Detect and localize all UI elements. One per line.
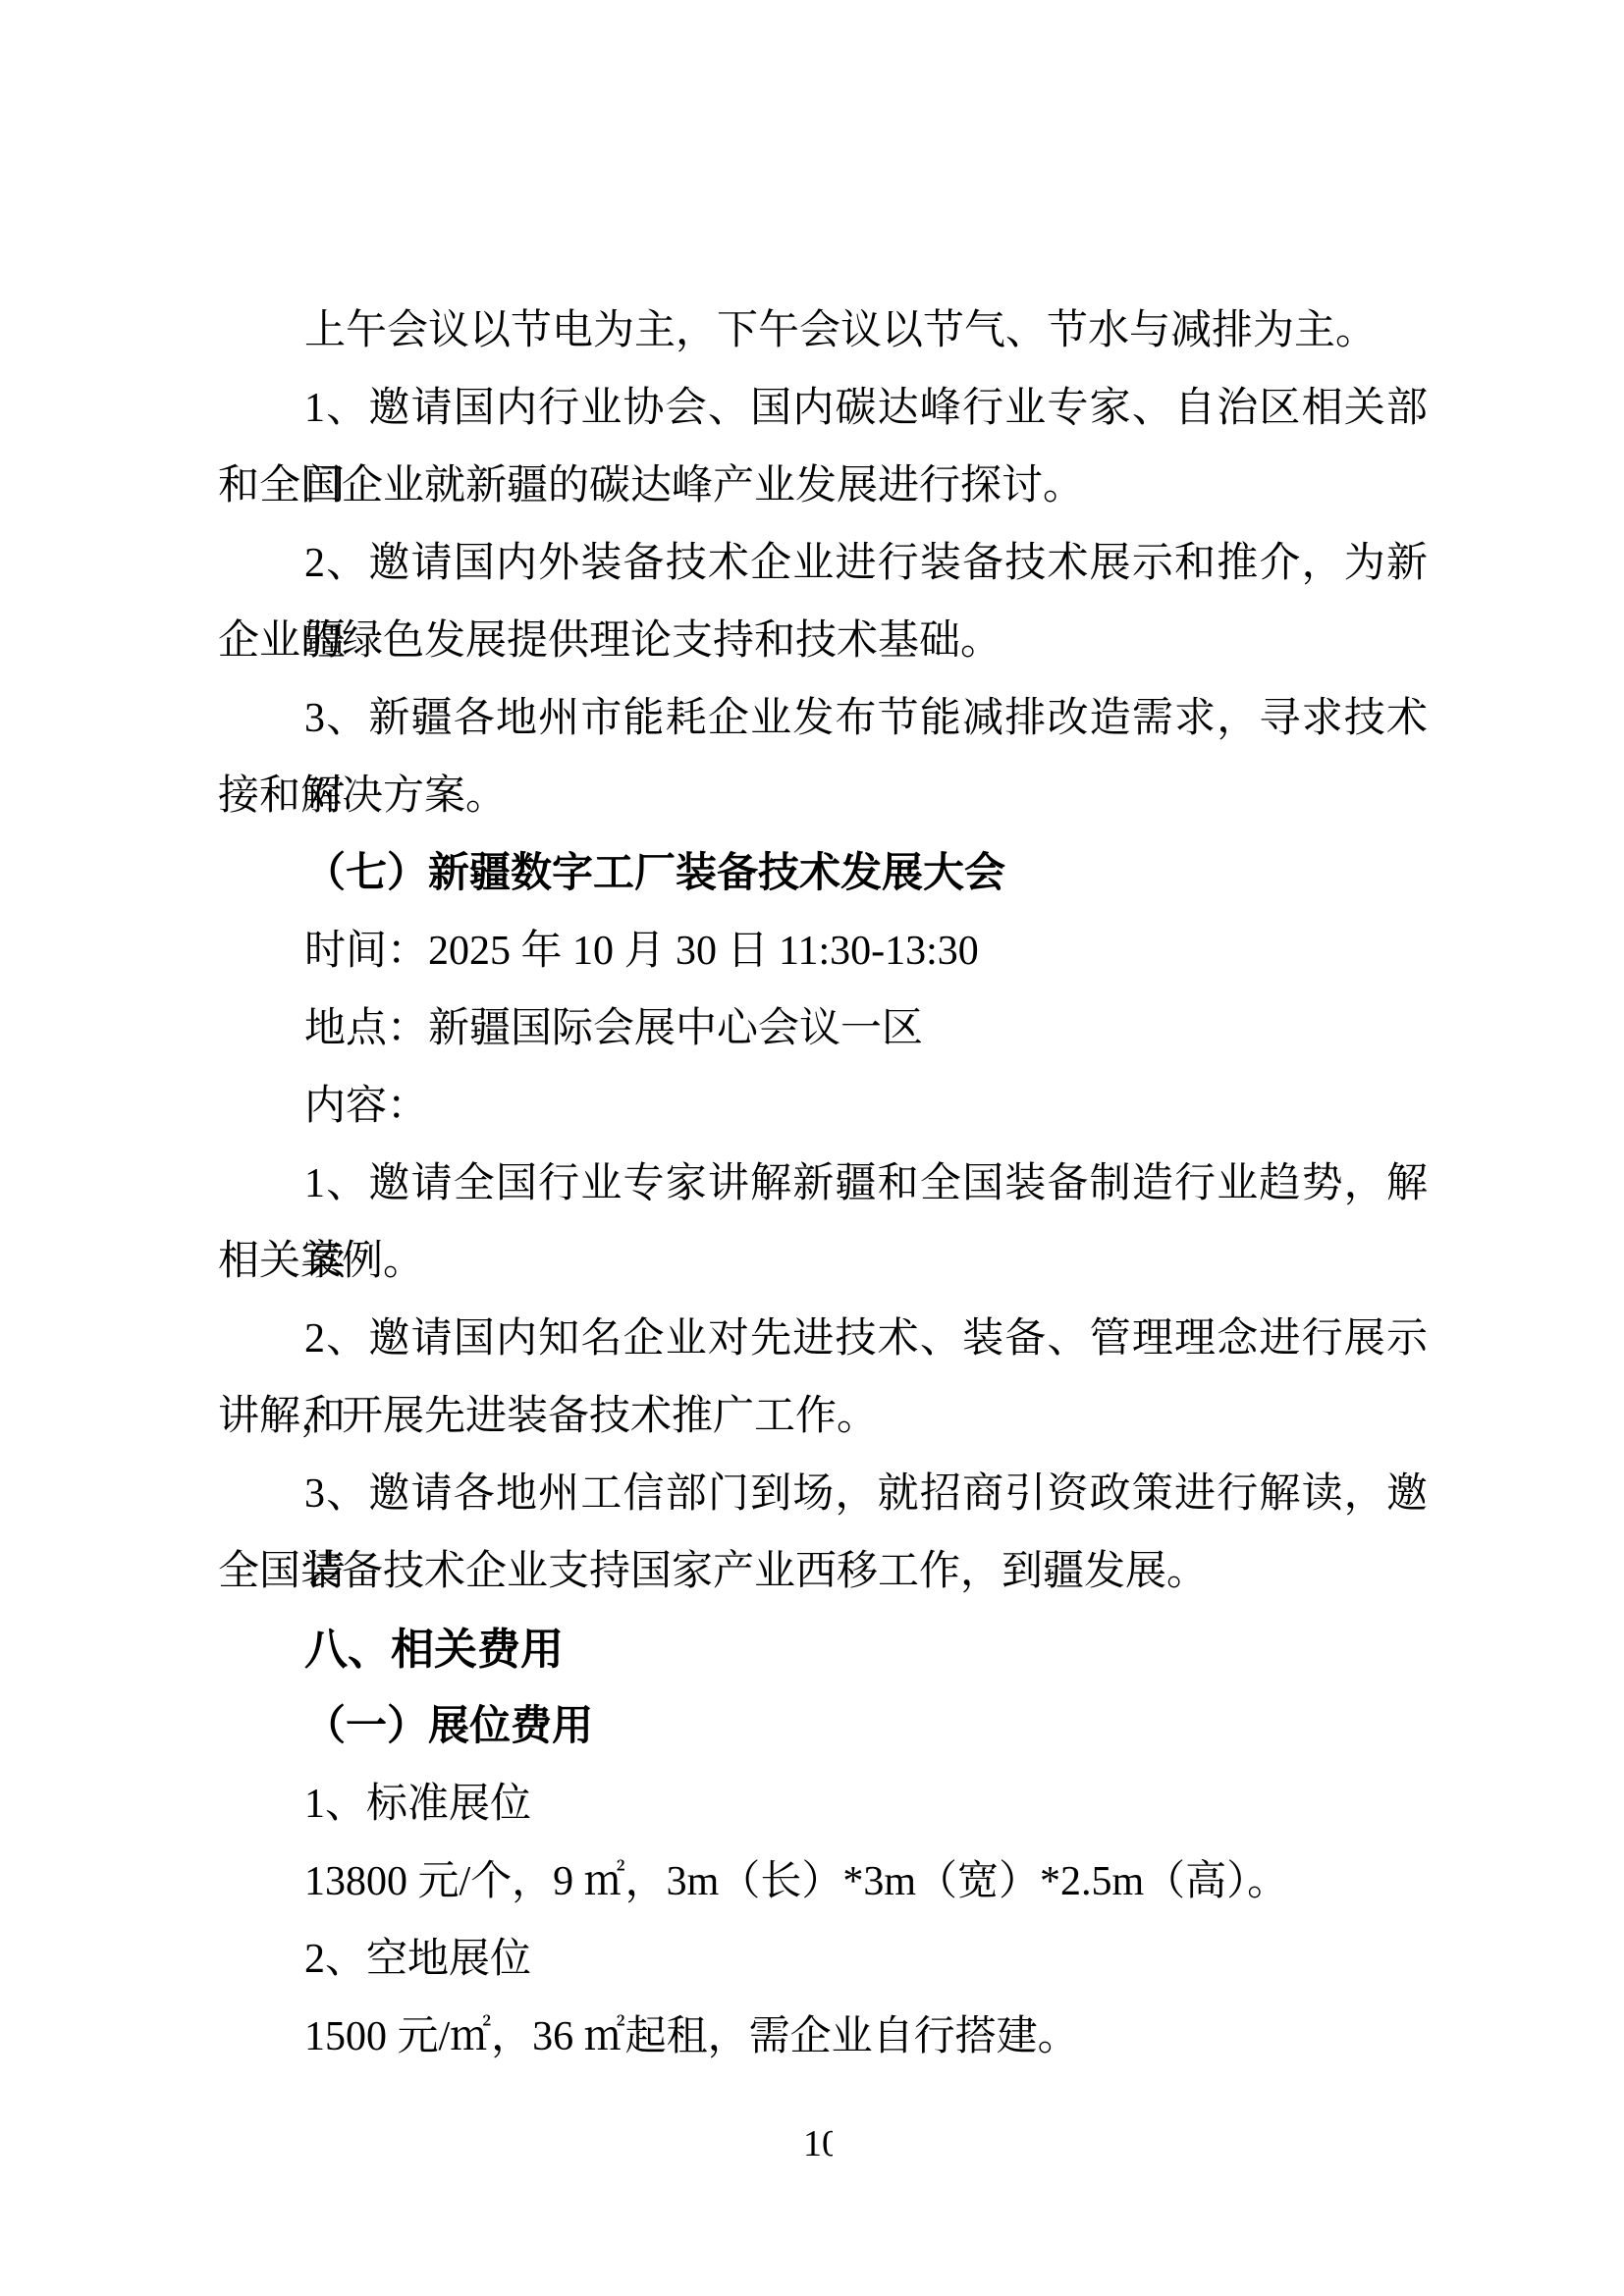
booth-type-rawspace-label: 2、空地展位 xyxy=(218,1921,1428,1999)
booth-standard-price-line: 13800 元/个，9 ㎡，3m（长）*3m（宽）*2.5m（高）。 xyxy=(218,1843,1428,1921)
booth-type-standard-label: 1、标准展位 xyxy=(218,1766,1428,1843)
body-line: 讲解，开展先进装备技术推广工作。 xyxy=(218,1378,1428,1456)
body-line-item-3: 3、新疆各地州市能耗企业发布节能减排改造需求，寻求技术对 xyxy=(218,680,1428,758)
body-line: 全国装备技术企业支持国家产业西移工作，到疆发展。 xyxy=(218,1533,1428,1611)
document-page: 上午会议以节电为主，下午会议以节气、节水与减排为主。 1、邀请国内行业协会、国内… xyxy=(0,0,1624,2296)
body-line: 和全国企业就新疆的碳达峰产业发展进行探讨。 xyxy=(218,448,1428,525)
section-heading-eight-fees: 八、相关费用 xyxy=(218,1611,1428,1688)
event-content-label: 内容： xyxy=(218,1068,1428,1146)
body-line-item-2: 2、邀请国内知名企业对先进技术、装备、管理理念进行展示和 xyxy=(218,1301,1428,1378)
page-number: 10 xyxy=(803,2122,833,2165)
body-line-item-1: 1、邀请国内行业协会、国内碳达峰行业专家、自治区相关部门 xyxy=(218,370,1428,448)
body-line: 相关案例。 xyxy=(218,1223,1428,1301)
section-heading-seven: （七）新疆数字工厂装备技术发展大会 xyxy=(218,835,1428,913)
event-time-line: 时间：2025 年 10 月 30 日 11:30-13:30 xyxy=(218,913,1428,990)
body-line-item-3: 3、邀请各地州工信部门到场，就招商引资政策进行解读，邀请 xyxy=(218,1456,1428,1533)
event-location-line: 地点：新疆国际会展中心会议一区 xyxy=(218,990,1428,1068)
body-line-item-1: 1、邀请全国行业专家讲解新疆和全国装备制造行业趋势，解读 xyxy=(218,1146,1428,1223)
subsection-heading-booth-fees: （一）展位费用 xyxy=(218,1688,1428,1766)
body-line: 接和解决方案。 xyxy=(218,758,1428,835)
body-line: 企业的绿色发展提供理论支持和技术基础。 xyxy=(218,603,1428,680)
body-line-item-2: 2、邀请国内外装备技术企业进行装备技术展示和推介，为新疆 xyxy=(218,525,1428,603)
booth-rawspace-price-line: 1500 元/㎡，36 ㎡起租，需企业自行搭建。 xyxy=(218,1999,1428,2076)
document-body: 上午会议以节电为主，下午会议以节气、节水与减排为主。 1、邀请国内行业协会、国内… xyxy=(218,293,1428,2076)
body-line: 上午会议以节电为主，下午会议以节气、节水与减排为主。 xyxy=(218,293,1428,370)
